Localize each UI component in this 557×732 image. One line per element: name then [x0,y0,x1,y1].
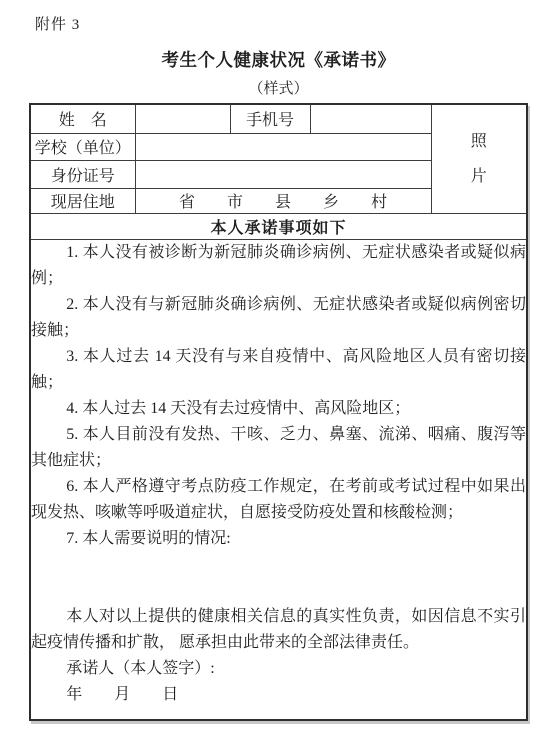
commitment-item-3: 3. 本人过去 14 天没有与来自疫情中、高风险地区人员有密切接触； [31,344,526,396]
item7-notes-area[interactable] [31,552,526,604]
commitment-item-7: 7. 本人需要说明的情况: [31,526,526,552]
name-label: 姓 名 [30,104,135,133]
commitment-item-4: 4. 本人过去 14 天没有去过疫情中、高风险地区； [31,396,526,422]
id-number-input-cell[interactable] [135,160,431,188]
signer-label: 承诺人（本人签字）: [66,660,214,677]
phone-input-cell[interactable] [310,104,431,133]
photo-label: 照片 [470,124,488,194]
commitment-item-5: 5. 本人目前没有发热、干咳、乏力、鼻塞、流涕、咽痛、腹泻等其他症状； [31,422,526,474]
commitments-header: 本人承诺事项如下 [30,213,527,239]
signer-line: 承诺人（本人签字）: [31,656,526,682]
declaration-paragraph: 本人对以上提供的健康相关信息的真实性负责，如因信息不实引起疫情传播和扩散， 愿承… [31,604,526,656]
phone-label: 手机号 [230,104,310,133]
school-input-cell[interactable] [135,133,431,160]
commitments-body-cell: 1. 本人没有被诊断为新冠肺炎确诊病例、无症状感染者或疑似病例； 2. 本人没有… [30,239,527,720]
row-name-phone: 姓 名 手机号 照片 [30,104,527,133]
id-number-label: 身份证号 [30,160,135,188]
page-subtitle: （样式） [0,77,557,98]
attachment-label: 附件 3 [35,0,557,34]
commitment-item-1: 1. 本人没有被诊断为新冠肺炎确诊病例、无症状感染者或疑似病例； [31,240,526,292]
residence-label: 现居住地 [30,188,135,213]
school-label: 学校（单位） [30,133,135,160]
commitment-item-2: 2. 本人没有与新冠肺炎确诊病例、无症状感染者或疑似病例密切接触； [31,292,526,344]
commitment-item-6: 6. 本人严格遵守考点防疫工作规定，在考前或考试过程中如果出现发热、咳嗽等呼吸道… [31,474,526,526]
form-table: 姓 名 手机号 照片 学校（单位） 身份证号 现居住地 省 市 县 乡 村 本人… [29,103,528,721]
document-page: 附件 3 考生个人健康状况《承诺书》 （样式） 姓 名 手机号 照片 学校（单位… [0,0,557,732]
row-section-header: 本人承诺事项如下 [30,213,527,239]
name-input-cell[interactable] [135,104,230,133]
photo-placeholder-cell[interactable]: 照片 [431,104,527,213]
date-line: 年 月 日 [31,682,526,708]
page-title: 考生个人健康状况《承诺书》 [0,47,557,72]
signature-space[interactable] [215,657,395,673]
row-commitments-body: 1. 本人没有被诊断为新冠肺炎确诊病例、无症状感染者或疑似病例； 2. 本人没有… [30,239,527,720]
residence-input-cell[interactable]: 省 市 县 乡 村 [135,188,431,213]
